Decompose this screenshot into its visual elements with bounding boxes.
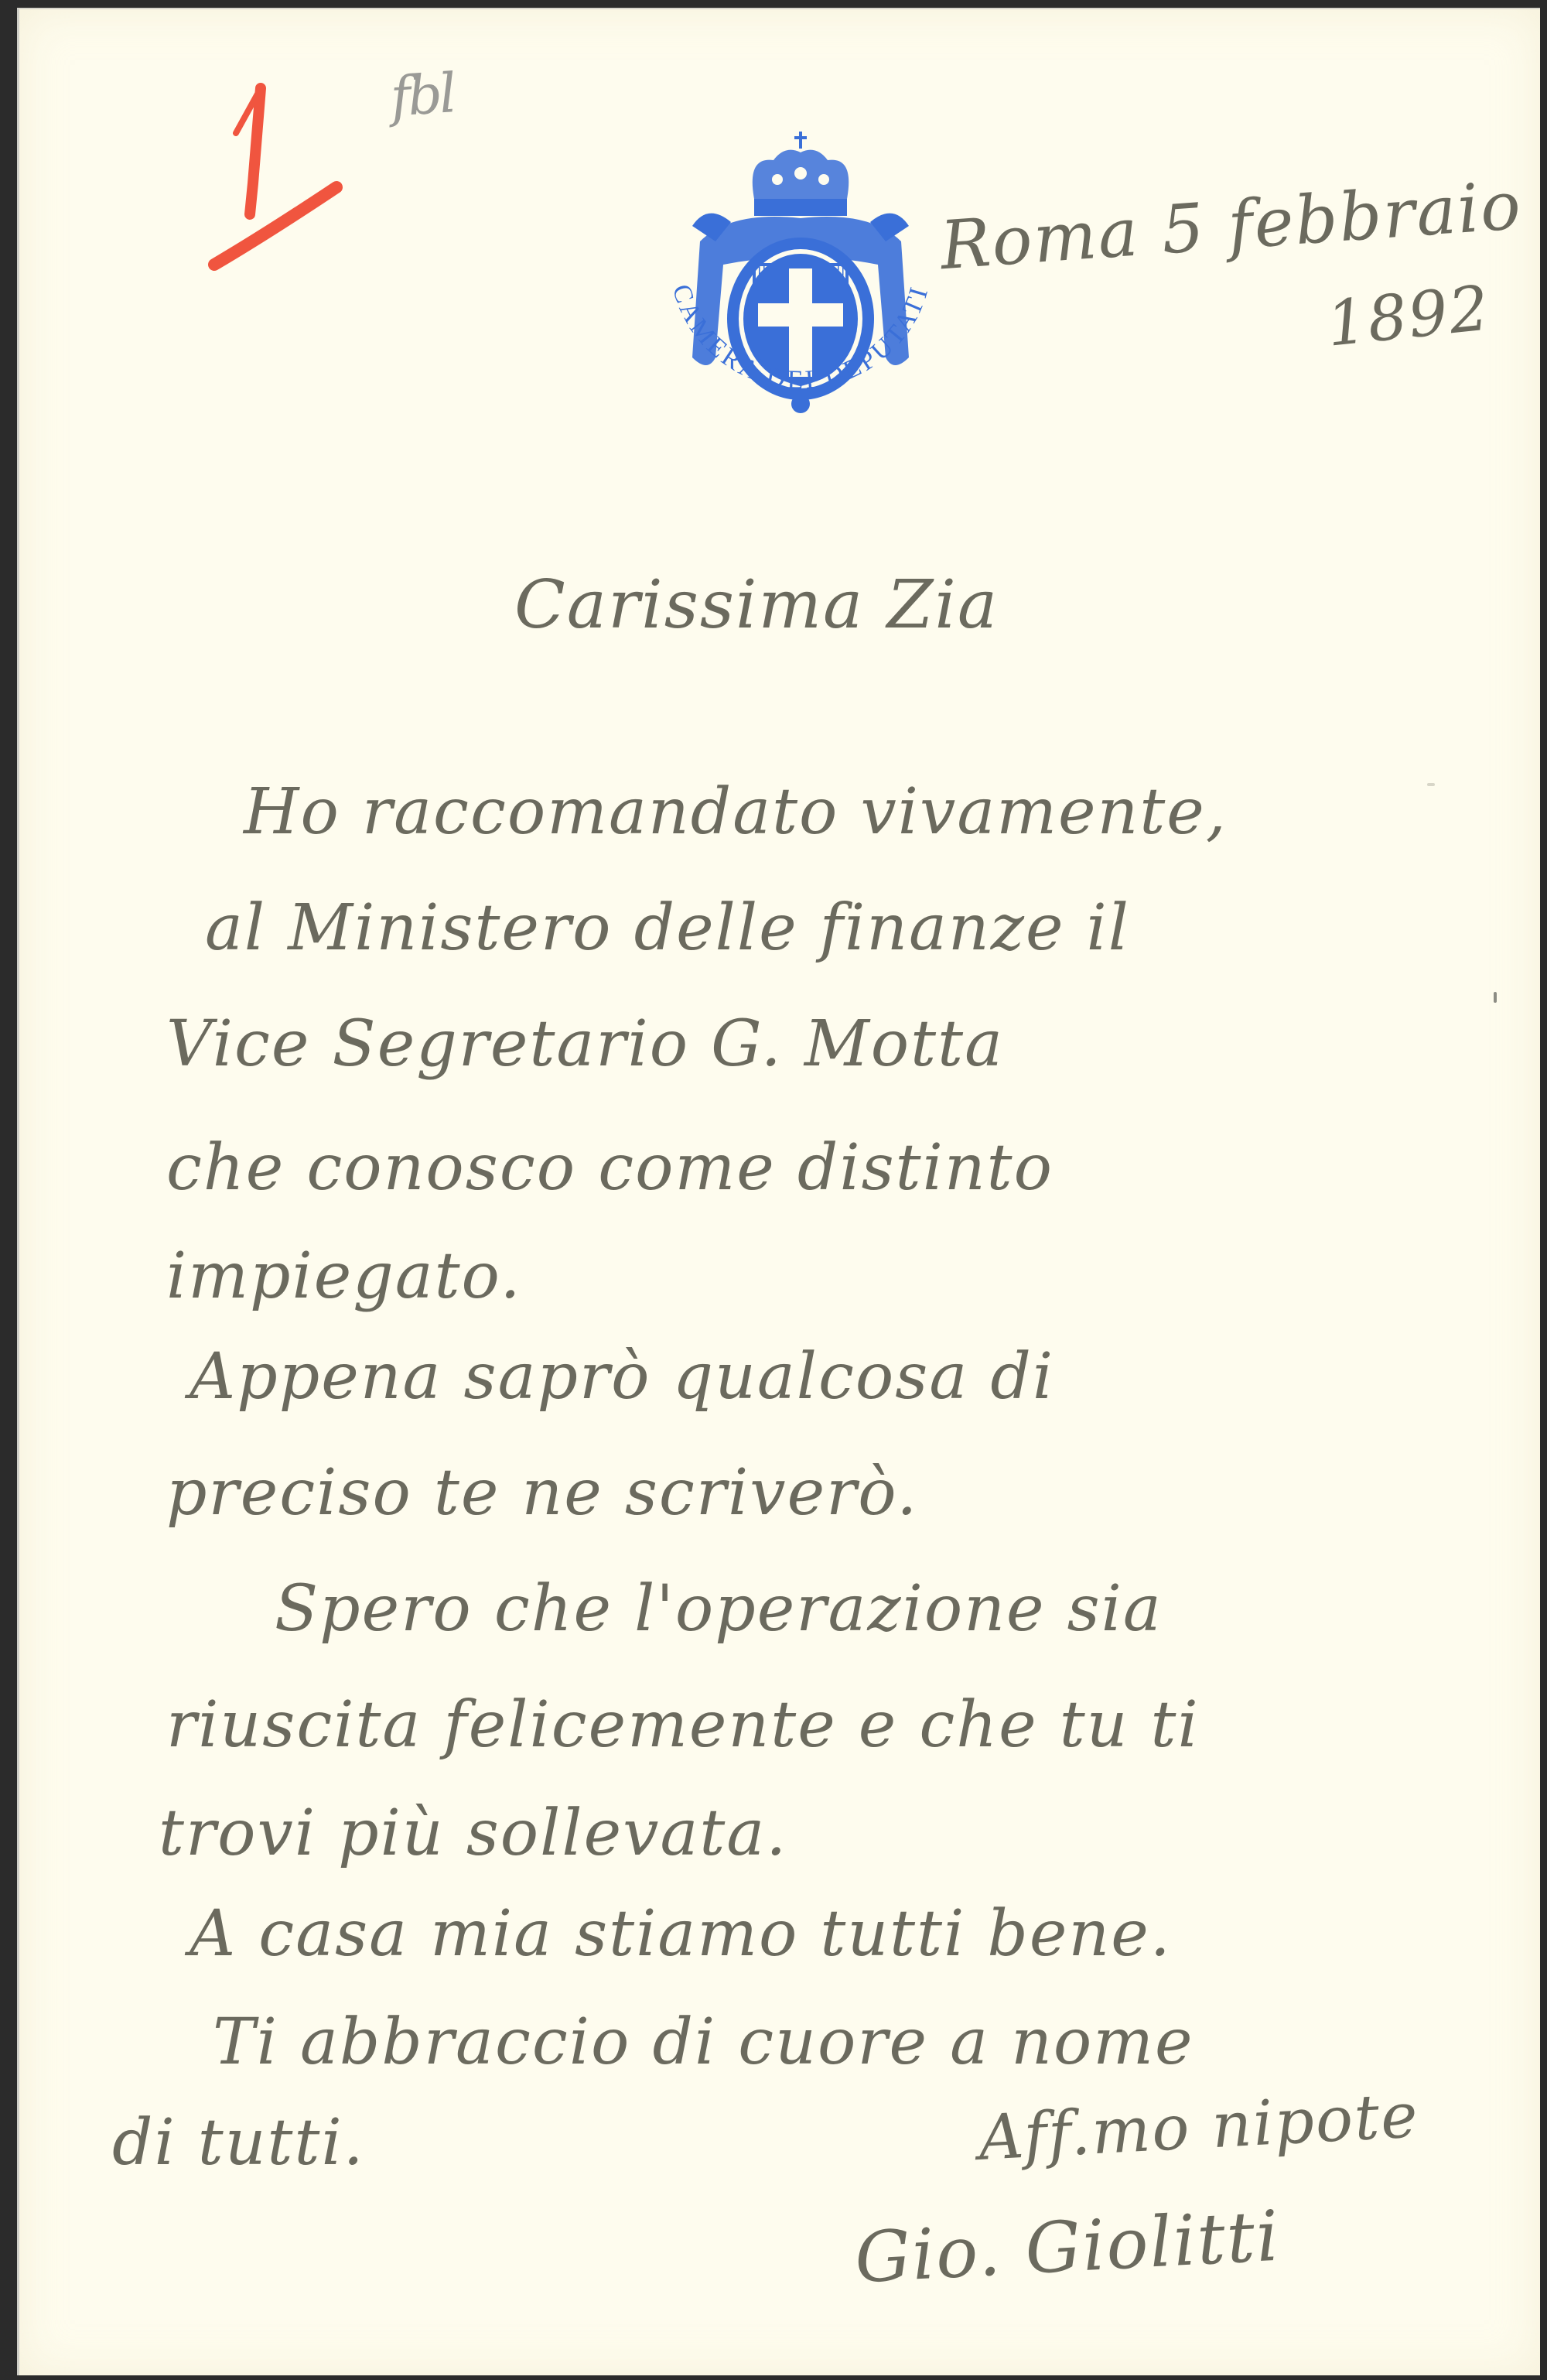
dateline-place-date: Roma 5 febbraio (937, 167, 1524, 285)
pencil-annotation: fbl (388, 61, 456, 128)
margin-stain (1427, 783, 1435, 786)
signature: Gio. Giolitti (853, 2196, 1282, 2300)
closing: Aff.mo nipote (977, 2079, 1421, 2174)
letterhead-crest: CAMERA DEI DEPUTATI (638, 125, 963, 450)
body-line: riuscita felicemente e che tu ti (166, 1688, 1200, 1762)
body-line: che conosco come distinto (166, 1131, 1054, 1205)
savoy-crown-crest-icon: CAMERA DEI DEPUTATI (638, 125, 963, 450)
body-line: al Ministero delle finanze il (205, 891, 1130, 965)
salutation: Carissima Zia (514, 566, 999, 644)
margin-ink-speck (1494, 992, 1497, 1003)
body-line: Ho raccomandato vivamente, (244, 775, 1228, 849)
letter-sheet: 1 fbl (17, 8, 1540, 2375)
body-line: impiegato. (166, 1240, 522, 1313)
dateline-year: 1892 (1323, 272, 1494, 361)
body-line: di tutti. (112, 2106, 365, 2180)
red-numeral-one-icon (205, 79, 360, 280)
body-line: Appena saprò qualcosa di (190, 1340, 1054, 1414)
body-line: preciso te ne scriverò. (166, 1456, 918, 1530)
body-line: trovi più sollevata. (159, 1797, 787, 1870)
archive-number-annotation: 1 (205, 79, 360, 280)
body-line: Vice Segretario G. Motta (166, 1007, 1004, 1081)
scan-background: 1 fbl (0, 0, 1547, 2380)
body-line: Ti abbraccio di cuore a nome (213, 2006, 1194, 2079)
body-line: A casa mia stiamo tutti bene. (190, 1897, 1172, 1971)
body-line: Spero che l'operazione sia (275, 1572, 1163, 1646)
